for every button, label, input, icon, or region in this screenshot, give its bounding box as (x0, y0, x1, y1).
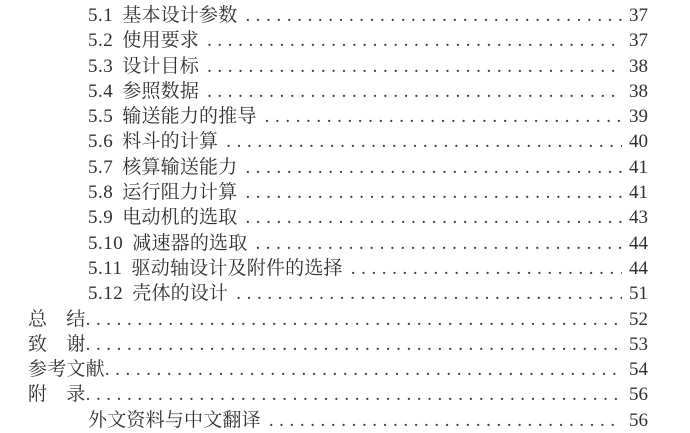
toc-entry: 5.11 驱动轴设计及附件的选择 44 (28, 256, 648, 281)
toc-entry: 5.8 运行阻力计算 41 (28, 180, 648, 205)
toc-entry: 总 结 52 (28, 307, 648, 332)
toc-entry-number: 5.8 (88, 180, 113, 205)
toc-entry-number: 5.5 (88, 104, 113, 129)
toc-entry-number: 5.11 (88, 256, 123, 281)
toc-entry-title: 附 录 (28, 382, 86, 407)
toc-entry-title: 料斗的计算 (122, 129, 218, 154)
toc-entry-page: 44 (624, 256, 648, 281)
toc-entry-page: 40 (624, 129, 648, 154)
toc-entry-title: 驱动轴设计及附件的选择 (132, 256, 343, 281)
toc-entry: 5.2 使用要求 37 (28, 28, 648, 53)
toc-entry-title: 核算输送能力 (122, 155, 237, 180)
toc-entry-title: 总 结 (28, 307, 86, 332)
toc-entry-title: 设计目标 (122, 54, 199, 79)
leader-dots (245, 205, 622, 230)
toc-entry: 5.10 减速器的选取 44 (28, 231, 648, 256)
toc-entry-number: 5.2 (88, 28, 113, 53)
toc-entry-title: 输送能力的推导 (122, 104, 256, 129)
toc-entry-title: 运行阻力计算 (122, 180, 237, 205)
toc-entry: 5.9 电动机的选取 43 (28, 205, 648, 230)
leader-dots (351, 256, 622, 281)
leader-dots (226, 129, 622, 154)
toc-entry-title: 外文资料与中文翻译 (88, 408, 261, 433)
leader-dots (236, 281, 622, 306)
toc-entry: 5.7 核算输送能力 41 (28, 155, 648, 180)
leader-dots (86, 332, 622, 357)
toc-list: 5.1 基本设计参数 37 5.2 使用要求 37 5.3 设计目标 38 5.… (28, 3, 648, 433)
document-page: 5.1 基本设计参数 37 5.2 使用要求 37 5.3 设计目标 38 5.… (0, 0, 690, 433)
toc-entry: 致 谢 53 (28, 332, 648, 357)
toc-entry-number: 5.10 (88, 231, 123, 256)
toc-entry: 5.1 基本设计参数 37 (28, 3, 648, 28)
toc-entry-page: 38 (624, 79, 648, 104)
toc-entry-page: 37 (624, 28, 648, 53)
leader-dots (245, 3, 622, 28)
toc-entry: 5.4 参照数据 38 (28, 79, 648, 104)
toc-entry-title: 参考文献 (28, 357, 105, 382)
toc-entry-number: 5.1 (88, 3, 113, 28)
leader-dots (86, 307, 622, 332)
leader-dots (265, 104, 622, 129)
leader-dots (245, 180, 622, 205)
toc-entry: 参考文献 54 (28, 357, 648, 382)
toc-entry-number: 5.3 (88, 54, 113, 79)
toc-entry-number: 5.7 (88, 155, 113, 180)
toc-entry-page: 51 (624, 281, 648, 306)
toc-entry-number: 5.12 (88, 281, 123, 306)
toc-entry-number: 5.4 (88, 79, 113, 104)
toc-entry-page: 56 (624, 408, 648, 433)
toc-entry: 外文资料与中文翻译 56 (28, 408, 648, 433)
toc-entry-page: 44 (624, 231, 648, 256)
leader-dots (207, 28, 622, 53)
toc-entry-title: 电动机的选取 (122, 205, 237, 230)
toc-entry-title: 壳体的设计 (132, 281, 228, 306)
toc-entry-page: 56 (624, 382, 648, 407)
toc-entry-page: 38 (624, 54, 648, 79)
toc-entry-title: 基本设计参数 (122, 3, 237, 28)
toc-entry-title: 减速器的选取 (132, 231, 247, 256)
toc-entry-number: 5.6 (88, 129, 113, 154)
toc-entry-title: 参照数据 (122, 79, 199, 104)
toc-entry-page: 43 (624, 205, 648, 230)
toc-entry: 附 录 56 (28, 382, 648, 407)
leader-dots (105, 357, 622, 382)
leader-dots (207, 79, 622, 104)
toc-entry: 5.3 设计目标 38 (28, 54, 648, 79)
toc-entry-page: 37 (624, 3, 648, 28)
toc-entry-page: 41 (624, 155, 648, 180)
leader-dots (269, 408, 622, 433)
toc-entry-page: 53 (624, 332, 648, 357)
leader-dots (255, 231, 622, 256)
toc-entry-title: 致 谢 (28, 332, 86, 357)
toc-entry: 5.6 料斗的计算 40 (28, 129, 648, 154)
toc-entry: 5.12 壳体的设计 51 (28, 281, 648, 306)
toc-entry-page: 52 (624, 307, 648, 332)
toc-entry-page: 54 (624, 357, 648, 382)
leader-dots (207, 54, 622, 79)
leader-dots (86, 382, 622, 407)
toc-entry-page: 39 (624, 104, 648, 129)
toc-entry: 5.5 输送能力的推导 39 (28, 104, 648, 129)
leader-dots (245, 155, 622, 180)
toc-entry-number: 5.9 (88, 205, 113, 230)
toc-entry-page: 41 (624, 180, 648, 205)
toc-entry-title: 使用要求 (122, 28, 199, 53)
